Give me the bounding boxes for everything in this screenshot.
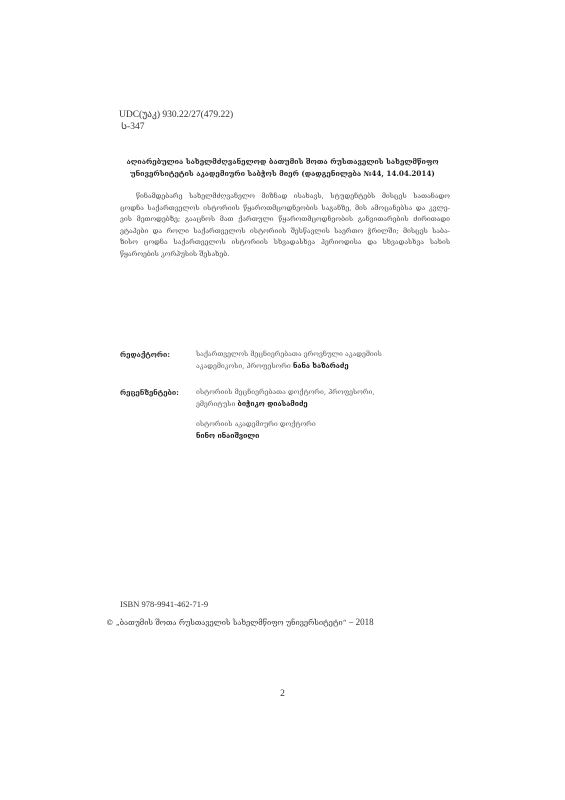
library-code: Ს-347 bbox=[121, 121, 144, 133]
abstract-line: ცოდნა საქართველოს ისტორიის წყაროთმცოდნეო… bbox=[120, 203, 450, 215]
reviewer-1-name: ბიჭიკო დიასამიძე bbox=[238, 400, 308, 408]
approval-line-2: უნივერსიტეტის აკადემიური საბჭოს მიერ (და… bbox=[0, 168, 565, 180]
approval-line-1: აღიარებულია სახელმძღვანელოდ ბათუმის შოთა… bbox=[0, 156, 565, 168]
reviewer-1-title-line-1: ისტორიის მეცნიერებათა დოქტორი, პროფესორი… bbox=[196, 387, 375, 399]
editor-title-line-1: საქართველოს მეცნიერებათა ეროვნული აკადემ… bbox=[196, 349, 382, 361]
abstract-line: ეტაპები და როლი საქართველოს ისტორიის შეს… bbox=[120, 226, 450, 238]
copyright-year: – 2018 bbox=[349, 617, 374, 627]
document-page: UDC(უაკ) 930.22/27(479.22) Ს-347 აღიარებ… bbox=[0, 0, 565, 800]
abstract-line: ზისო ცოდნა საქართველოს ისტორიის სხვადასხ… bbox=[120, 237, 450, 249]
reviewers-label: რეცენზენტები: bbox=[120, 388, 179, 397]
page-number: 2 bbox=[0, 689, 565, 699]
reviewer-1-credit: ისტორიის მეცნიერებათა დოქტორი, პროფესორი… bbox=[196, 387, 375, 411]
copyright-notice: © „ბათუმის შოთა რუსთაველის სახელმწიფო უნ… bbox=[106, 617, 374, 627]
isbn: ISBN 978-9941-462-71-9 bbox=[120, 599, 208, 609]
udc-classification: UDC(უაკ) 930.22/27(479.22) bbox=[119, 109, 233, 121]
copyright-symbol: © bbox=[106, 618, 114, 627]
editor-credit: საქართველოს მეცნიერებათა ეროვნული აკადემ… bbox=[196, 349, 382, 373]
reviewer-2-name: ნინო ინაიშვილი bbox=[196, 432, 259, 440]
abstract-line: წყაროების კორპუსის შესახებ. bbox=[120, 249, 450, 261]
editor-label: რედაქტორი: bbox=[120, 350, 170, 359]
reviewer-2-credit: ისტორიის აკადემიური დოქტორი ნინო ინაიშვი… bbox=[196, 419, 316, 443]
editor-title-line-2: აკადემიკოსი, პროფესორი ნანა ხაზარაძე bbox=[196, 361, 382, 373]
abstract-paragraph: წინამდებარე სახელმძღვანელო მიზნად ისახავ… bbox=[120, 191, 450, 261]
reviewer-2-title: ისტორიის აკადემიური დოქტორი bbox=[196, 419, 316, 431]
abstract-line: ვის მეთოდებზე; გააცნოს მათ ქართული წყარო… bbox=[120, 214, 450, 226]
abstract-line: წინამდებარე სახელმძღვანელო მიზნად ისახავ… bbox=[120, 191, 450, 203]
reviewer-1-title-line-2: ემერიტუსი ბიჭიკო დიასამიძე bbox=[196, 399, 375, 411]
copyright-holder: „ბათუმის შოთა რუსთაველის სახელმწიფო უნივ… bbox=[116, 618, 347, 627]
approval-statement: აღიარებულია სახელმძღვანელოდ ბათუმის შოთა… bbox=[0, 156, 565, 179]
editor-name: ნანა ხაზარაძე bbox=[293, 362, 349, 370]
